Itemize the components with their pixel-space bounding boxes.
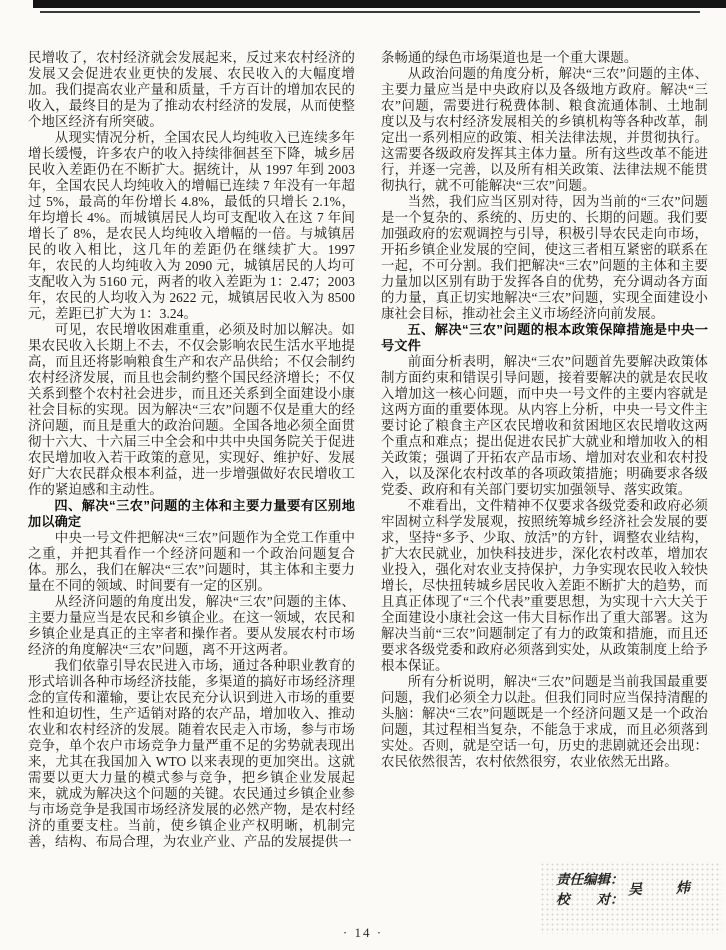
page-top-bar xyxy=(33,0,726,8)
text-columns: 民增收了，农村经济就会发展起来，反过来农村经济的发展又会促进农业更快的发展、农民… xyxy=(28,50,708,850)
editor-credits: 责任编辑： 校 对： 吴 炜 xyxy=(540,862,722,934)
right-column: 条畅通的绿色市场渠道也是一个重大课题。从政治问题的角度分析，解决“三农”问题的主… xyxy=(381,50,708,850)
paragraph: 从经济问题的角度出发，解决“三农”问题的主体、主要力量应当是农民和乡镇企业。在这… xyxy=(28,594,355,658)
paragraph: 条畅通的绿色市场渠道也是一个重大课题。 xyxy=(381,50,708,66)
paragraph: 前面分析表明，解决“三农”问题首先要解决政策体制方面约束和错误引导问题，接着要解… xyxy=(381,354,708,498)
page-number: · 14 · xyxy=(0,925,726,941)
document-page: 民增收了，农村经济就会发展起来，反过来农村经济的发展又会促进农业更快的发展、农民… xyxy=(0,0,726,950)
paragraph: 当然，我们应当区别对待，因为当前的“三农”问题是一个复杂的、系统的、历史的、长期… xyxy=(381,194,708,322)
section-heading: 五、解决“三农”问题的根本政策保障措施是中央一号文件 xyxy=(381,322,708,354)
paragraph: 民增收了，农村经济就会发展起来，反过来农村经济的发展又会促进农业更快的发展、农民… xyxy=(28,50,355,130)
paragraph: 所有分析说明，解决“三农”问题是当前我国最重要问题，我们必须全力以赴。但我们同时… xyxy=(381,674,708,770)
paragraph: 中央一号文件把解决“三农”问题作为全党工作重中之重，并把其看作一个经济问题和一个… xyxy=(28,530,355,594)
paragraph: 从政治问题的角度分析，解决“三农”问题的主体、主要力量应当是中央政府以及各级地方… xyxy=(381,66,708,194)
section-heading: 四、解决“三农”问题的主体和主要力量要有区别地加以确定 xyxy=(28,498,355,530)
editor-name: 吴 炜 xyxy=(628,879,701,902)
page-top-rule xyxy=(40,11,700,13)
paragraph: 不难看出，文件精神不仅要求各级党委和政府必须牢固树立科学发展观，按照统筹城乡经济… xyxy=(381,498,708,674)
paragraph: 我们依靠引导农民进入市场，通过各种职业教育的形式培训各种市场经济技能，多渠道的搞… xyxy=(28,658,355,850)
paragraph: 可见，农民增收困难重重，必须及时加以解决。如果农民收入长期上不去，不仅会影响农民… xyxy=(28,322,355,498)
left-column: 民增收了，农村经济就会发展起来，反过来农村经济的发展又会促进农业更快的发展、农民… xyxy=(28,50,355,850)
paragraph: 从现实情况分析，全国农民人均纯收入已连续多年增长缓慢，许多农户的收入持续徘徊甚至… xyxy=(28,130,355,322)
